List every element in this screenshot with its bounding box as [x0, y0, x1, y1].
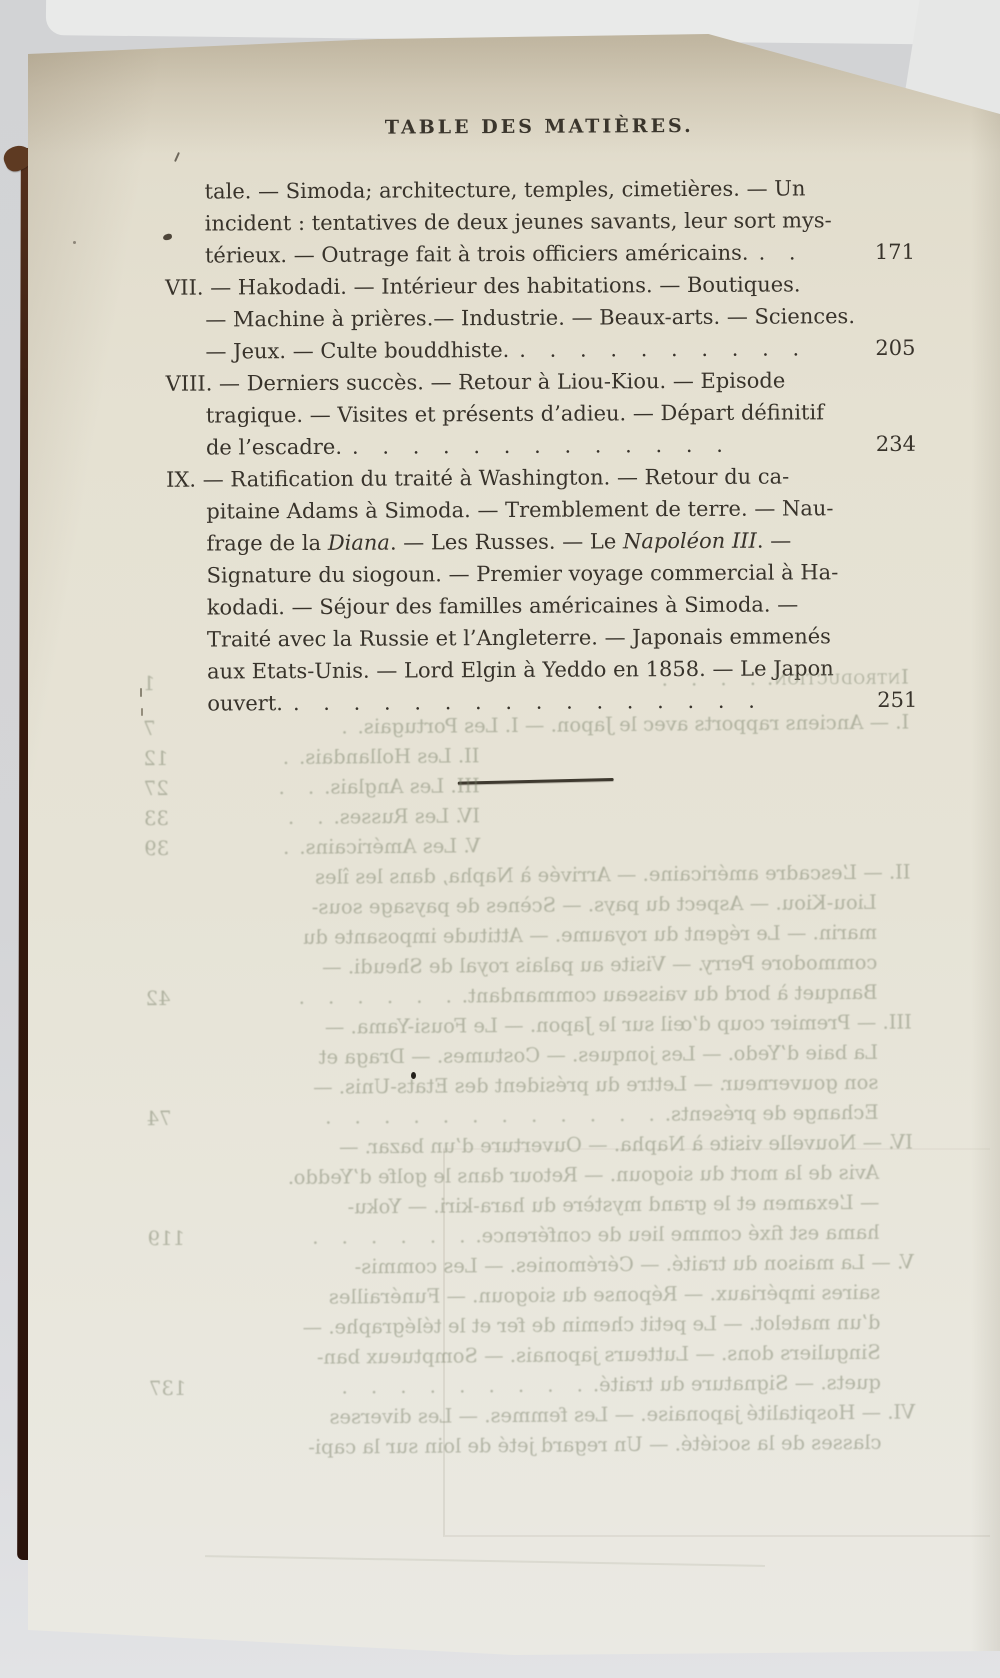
dot-leader: . . . . . . . . . . . .	[325, 1103, 665, 1129]
book-photo: TABLE DES MATIÈRES. tale. — Simoda; arch…	[0, 0, 1000, 1678]
toc-line: Introduction.. . . .1	[143, 663, 909, 700]
toc-line: tragique. — Visites et présents d’adieu.…	[166, 396, 916, 432]
toc-line-text: I. — Anciens rapports avec le Japon. — I…	[341, 711, 909, 739]
toc-line-text: commodore Perry. — Visite au palais roya…	[322, 951, 877, 979]
toc-line-text: Echange de présents.. . . . . . . . . . …	[325, 1101, 879, 1129]
page-number: 7	[143, 714, 156, 744]
toc-line-text: Liou-Kiou. — Aspect du pays. — Scènes de…	[312, 891, 877, 919]
toc-line: tale. — Simoda; architecture, temples, c…	[165, 172, 915, 208]
toc-line: pitaine Adams à Simoda. — Tremblement de…	[166, 492, 916, 528]
toc-line-text: Introduction.. . . .	[661, 666, 908, 691]
toc-line: VII. — Hakodadi. — Intérieur des habitat…	[165, 268, 915, 304]
toc-line-text: — Jeux. — Culte bouddhiste.. . . . . . .…	[205, 336, 799, 363]
toc-line-text: VIII. — Derniers succès. — Retour à Liou…	[166, 369, 786, 396]
toc-line: — Machine à prières.— Industrie. — Beaux…	[165, 300, 915, 336]
page-number: 234	[876, 428, 916, 460]
paper-speck	[73, 241, 76, 244]
toc-line-text: térieux. — Outrage fait à trois officier…	[205, 240, 796, 267]
page-number: 137	[149, 1374, 186, 1404]
dot-leader: . . . . . . . . . . . . .	[342, 433, 723, 459]
page-number: 33	[144, 804, 169, 834]
toc-line: kodadi. — Séjour des familles américaine…	[167, 588, 917, 624]
page-number: 205	[875, 332, 915, 364]
page-number: 1	[143, 669, 156, 699]
dot-leader: . . . . . .	[299, 984, 462, 1008]
toc-line-text: tale. — Simoda; architecture, temples, c…	[205, 176, 806, 203]
toc-line: IX. — Ratification du traité à Washingto…	[166, 460, 916, 496]
toc-line-text: Signature du siogoun. — Premier voyage c…	[207, 560, 839, 587]
toc-line-text: Banquet à bord du vaisseau commandant.. …	[299, 981, 878, 1009]
toc-line-text: III. — Premier coup d’œil sur le Japon. …	[325, 1011, 912, 1039]
dot-leader: .	[283, 836, 299, 859]
toc-line-text: son gouverneur. — Lettre du président de…	[313, 1071, 878, 1099]
toc-line-text: II. Les Hollandais..	[283, 744, 480, 769]
toc-line-text: kodadi. — Séjour des familles américaine…	[207, 592, 799, 619]
page-title: TABLE DES MATIÈRES.	[164, 114, 914, 140]
table-of-contents: tale. — Simoda; architecture, temples, c…	[165, 172, 918, 720]
toc-line-text: tragique. — Visites et présents d’adieu.…	[206, 400, 824, 427]
toc-line: VIII. — Derniers succès. — Retour à Liou…	[166, 364, 916, 400]
toc-line: térieux. — Outrage fait à trois officier…	[165, 236, 915, 272]
toc-line: incident : tentatives de deux jeunes sav…	[165, 204, 915, 240]
toc-line-text: VII. — Hakodadi. — Intérieur des habitat…	[165, 272, 801, 299]
margin-mark	[141, 708, 143, 716]
toc-line-text: La baie d’Yedo. — Les jonques. — Costume…	[319, 1041, 879, 1069]
dot-leader: . .	[748, 240, 795, 264]
pressed-rectangle-impression	[443, 1148, 990, 1537]
toc-line-text: Traité avec la Russie et l’Angleterre. —…	[207, 624, 831, 651]
toc-line-text: IX. — Ratification du traité à Washingto…	[166, 464, 789, 491]
toc-line-text: frage de la Diana. — Les Russes. — Le Na…	[206, 528, 791, 555]
toc-line: Signature du siogoun. — Premier voyage c…	[167, 556, 917, 592]
toc-line: — Jeux. — Culte bouddhiste.. . . . . . .…	[165, 332, 915, 368]
page-number: 39	[144, 834, 169, 864]
dot-leader: . . . .	[661, 667, 766, 691]
dot-leader: . .	[278, 776, 324, 799]
toc-line-text: V. Les Américains..	[283, 834, 480, 859]
toc-line: de l’escadre.. . . . . . . . . . . . .23…	[166, 428, 916, 464]
toc-line: frage de la Diana. — Les Russes. — Le Na…	[166, 524, 916, 560]
toc-line-text: de l’escadre.. . . . . . . . . . . . .	[206, 433, 723, 460]
toc-line-text: pitaine Adams à Simoda. — Tremblement de…	[206, 496, 833, 523]
dot-leader: . .	[288, 806, 334, 829]
toc-line-text: II. — L’escadre américaine. — Arrivée à …	[315, 861, 911, 889]
page-number: 27	[144, 774, 169, 804]
page-number: 12	[143, 744, 168, 774]
page-number: 42	[145, 984, 170, 1014]
dot-leader: .	[283, 746, 299, 769]
page-number: 171	[875, 236, 915, 268]
toc-line: Traité avec la Russie et l’Angleterre. —…	[167, 620, 917, 656]
dot-leader: . . . . . . . . . .	[509, 336, 799, 362]
toc-line-text: marin. — Le régent du royaume. — Attitud…	[303, 921, 877, 949]
toc-line-text: IV. Les Russes.. .	[288, 804, 480, 829]
toc-line-text: III. Les Anglais.. .	[278, 774, 479, 799]
toc-line-text: incident : tentatives de deux jeunes sav…	[205, 208, 832, 235]
page-number: 119	[148, 1224, 185, 1254]
dot-leader: .	[341, 715, 357, 738]
paper-speck	[411, 1072, 416, 1079]
margin-mark	[140, 688, 142, 697]
page-number: 74	[147, 1104, 172, 1134]
toc-line-text: — Machine à prières.— Industrie. — Beaux…	[205, 304, 855, 331]
